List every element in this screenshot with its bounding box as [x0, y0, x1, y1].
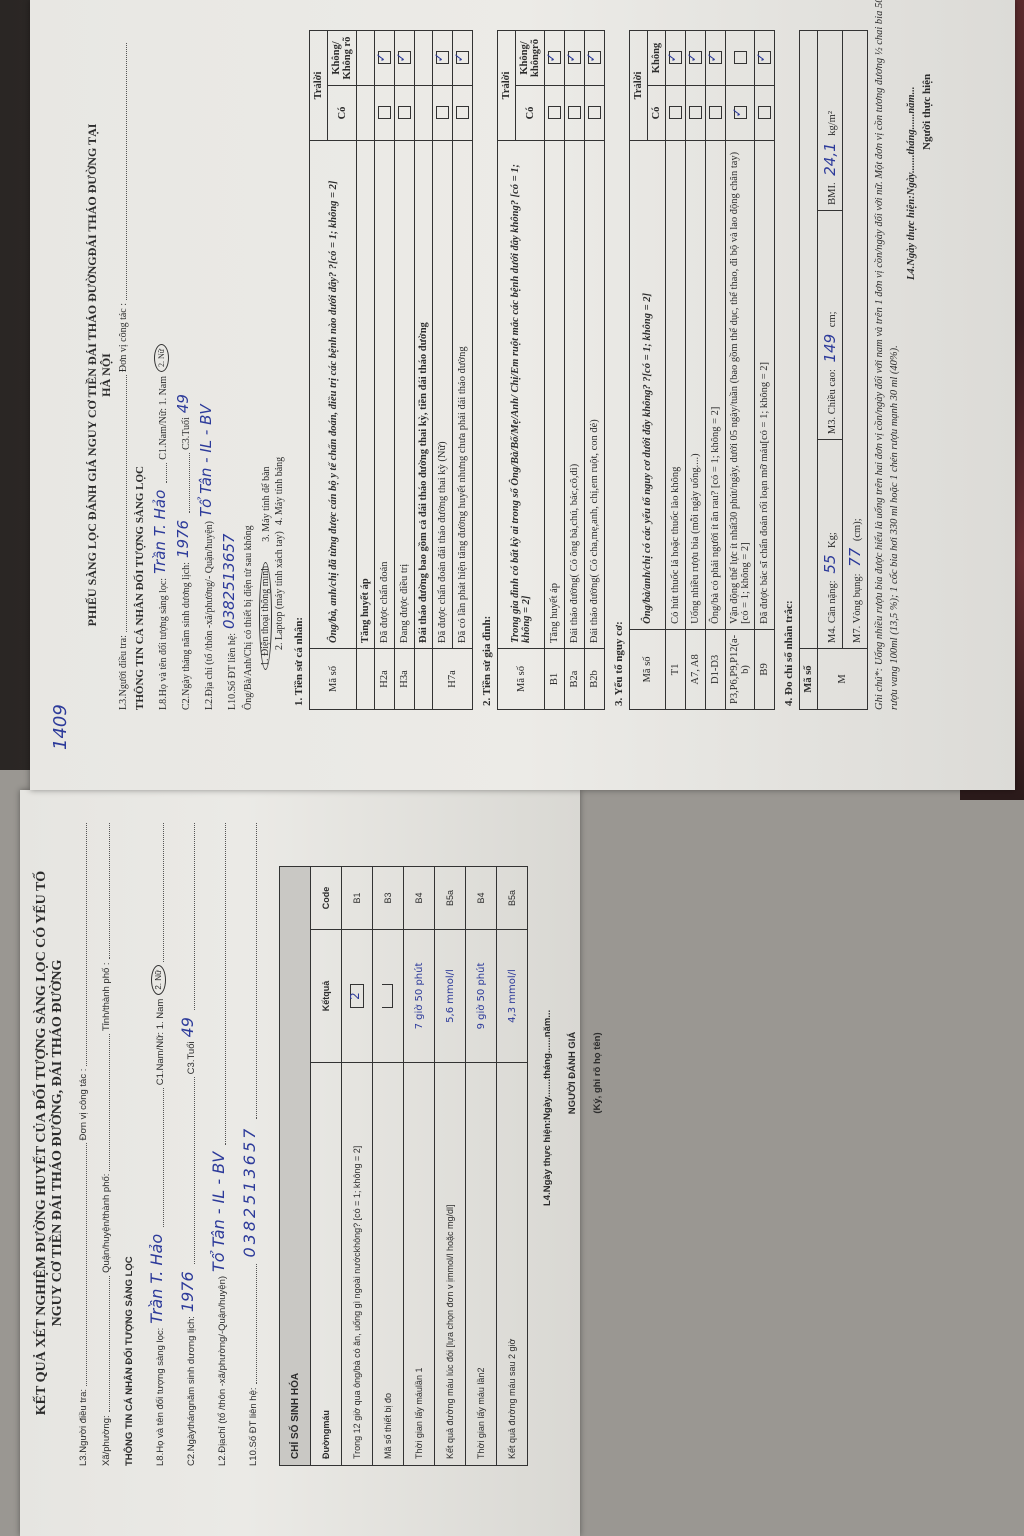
phone-label: L10.Số ĐT liên hệ:: [227, 633, 238, 710]
waist-value[interactable]: 77: [846, 548, 864, 567]
row-code: P3,P6,P9,P12(a-b): [726, 629, 755, 709]
col-code-header: Mã số: [310, 649, 357, 710]
table-row: Kết quả đường máu sau 2 giờ 4,3 mmol/l B…: [497, 867, 528, 1466]
bmi-unit: kg/m²: [827, 111, 838, 136]
yes-checkbox[interactable]: [456, 107, 469, 120]
no-checkbox[interactable]: [548, 52, 561, 65]
row-label: Vận động thể lực ít nhất30 phút/ngày, dư…: [726, 141, 755, 630]
no-checkbox[interactable]: [436, 52, 449, 65]
yes-checkbox[interactable]: [378, 107, 391, 120]
col-no-header: Không/ khôngrõ: [516, 31, 545, 86]
col-yes-header: Có: [328, 86, 357, 141]
row-code: H3a: [395, 649, 415, 710]
bmi-cell: BMI. 24,1 kg/m²: [818, 31, 843, 211]
row-code: A7, A8: [686, 629, 706, 709]
risk-factors-table: Mã số Ông/bà/anh/chị có các yếu tố nguy …: [629, 30, 775, 710]
l3-row: L3.Người điều tra: Đơn vị công tác :: [78, 820, 89, 1466]
l3-row: L3.Người điều tra: Đơn vị công tác :: [118, 40, 129, 710]
row-code: B3: [373, 867, 404, 930]
col-question-header: Ông/bà/anh/chị có các yếu tố nguy cơ dướ…: [630, 141, 666, 630]
title-line-1: KẾT QUẢ XÉT NGHIỆM ĐƯỜNG HUYẾT CỦA ĐỐI T…: [34, 820, 50, 1466]
row-item: Trong 12 giờ qua ông/bà có ăn, uống gì n…: [342, 1063, 373, 1466]
yes-checkbox[interactable]: [568, 107, 581, 120]
district-label: Quận/huyện/thành phố:: [101, 1174, 112, 1273]
ward-label: Xã/phường:: [101, 1415, 112, 1466]
l10-row: L10.Số ĐT liên hệ: 0382513657: [240, 820, 259, 1466]
waist-unit: (cm);: [852, 518, 863, 541]
row-code: B1: [545, 649, 565, 710]
diabetes-risk-screening-form: 1409 PHIẾU SÀNG LỌC ĐÁNH GIÁ NGUY CƠ TIỀ…: [30, 0, 1015, 790]
no-checkbox[interactable]: [669, 52, 682, 65]
unit-label: Đơn vị công tác :: [78, 1069, 89, 1141]
blood-glucose-result-form: KẾT QUẢ XÉT NGHIỆM ĐƯỜNG HUYẾT CỦA ĐỐI T…: [20, 790, 580, 1536]
row-code: B5a: [497, 867, 528, 930]
name-value[interactable]: Trần T. Hảo: [151, 490, 169, 574]
table-row: B2b Đái tháo đường( Có cha,mẹ,anh, chị,e…: [585, 31, 605, 710]
date-line: L4.Ngày thực hiện:Ngày.......tháng......…: [542, 820, 553, 1206]
l2-row: L2.Địachỉ (tổ /thôn -xã/phường/-Quận/huy…: [209, 820, 228, 1466]
col-code-header: Mã số: [800, 649, 818, 710]
province-label: Tỉnh/thành phố :: [101, 962, 112, 1031]
phone-value[interactable]: 0382513657: [220, 534, 238, 629]
dob-value[interactable]: 1976: [174, 520, 192, 558]
col-result-header: Kếtquả: [311, 930, 342, 1063]
table-row: H3a Đang được điều trị: [395, 31, 415, 710]
group-code: M: [818, 649, 868, 710]
table-section-heading: CHỈ SỐ SINH HÓA: [280, 867, 311, 1466]
row-label: Đã có lần phát hiện tăng đường huyết như…: [453, 141, 473, 649]
col-no-header: Không/ Không rõ: [328, 31, 357, 86]
device-option-laptop[interactable]: 2. Laptop (máy tính xách tay): [274, 531, 285, 650]
row-label: Đã được chẩn đoán: [375, 141, 395, 649]
anthropometric-table: Mã số M M4. Cân nặng: 55 Kg; M3. Chiều c…: [799, 30, 868, 710]
age-value[interactable]: 49: [174, 394, 192, 413]
col-code-header: Mã số: [630, 629, 666, 709]
result-box[interactable]: [382, 984, 393, 1008]
height-unit: cm;: [827, 311, 838, 327]
address-label: L2.Địachỉ (tổ /thôn -xã/phường/-Quận/huy…: [217, 1276, 228, 1466]
result-box[interactable]: 2: [350, 984, 364, 1008]
dob-value[interactable]: 1976: [178, 1271, 197, 1312]
ward-row: Xã/phường: Quận/huyện/thành phố: Tỉnh/th…: [101, 820, 112, 1466]
table-row: B9 Đã được bác sĩ chẩn đoán rối loạn mỡ …: [755, 31, 775, 710]
col-yes-header: Có: [648, 86, 666, 141]
no-checkbox[interactable]: [398, 52, 411, 65]
address-label: L2.Địa chỉ (tổ /thôn -xã/phường/- Quận/h…: [204, 521, 215, 710]
title-line-2: NGUY CƠ TIỀN ĐÁI THÁO ĐƯỜNG, ĐÁI THÁO ĐƯ…: [50, 820, 66, 1466]
col-code-header: Mã số: [498, 649, 545, 710]
table-row: Thời gian lấy máulần 1 7 giờ 50 phút B4: [404, 867, 435, 1466]
l3-label: L3.Người điều tra:: [118, 635, 129, 710]
gender-label: C1.Nam/Nữ: 1. Nam: [155, 999, 166, 1086]
device-option-tablet[interactable]: 4. Máy tính bảng: [274, 457, 285, 525]
row-item: Kết quả đường máu lúc đói [lựa chọn đơn …: [435, 1063, 466, 1466]
row-code: B9: [755, 629, 775, 709]
row-result[interactable]: 5,6 mmol/l: [435, 930, 466, 1063]
row-label: Đái tháo đường( Có ông bà,chú, bác,cô,dì…: [565, 141, 585, 649]
c2-row: C2.Ngày tháng năm sinh dương lịch: 1976 …: [174, 40, 192, 710]
section-4-title: 4. Đo chỉ số nhân trắc:: [783, 40, 795, 706]
name-label: L8.Họ và tên đối tượng sàng lọc:: [158, 578, 169, 710]
form1-title: KẾT QUẢ XÉT NGHIỆM ĐƯỜNG HUYẾT CỦA ĐỐI T…: [34, 820, 66, 1466]
l3-label: L3.Người điều tra:: [78, 1389, 89, 1466]
row-result[interactable]: 9 giờ 50 phút: [466, 930, 497, 1063]
no-checkbox[interactable]: [568, 52, 581, 65]
yes-checkbox[interactable]: [734, 107, 747, 120]
weight-cell: M4. Cân nặng: 55 Kg;: [818, 440, 843, 649]
row-label: Ông/bà có phải người ít ăn rau? [có = 1;…: [706, 141, 726, 630]
no-checkbox[interactable]: [689, 52, 702, 65]
age-label: C3.Tuổi: [181, 417, 192, 450]
weight-label: M4. Cân nặng:: [827, 580, 838, 643]
yes-checkbox[interactable]: [548, 107, 561, 120]
col-question-header: Ông/bà, anh/chị đã từng được cán bộ y tế…: [310, 141, 357, 649]
col-answer-header: Trảlời: [630, 31, 648, 141]
table-row: Trong 12 giờ qua ông/bà có ăn, uống gì n…: [342, 867, 373, 1466]
signer-title: Người thực hiện: [921, 40, 933, 150]
table-row: Kết quả đường máu lúc đói [lựa chọn đơn …: [435, 867, 466, 1466]
l10-row: L10.Số ĐT liên hệ: 0382513657: [220, 40, 238, 710]
signer-note: (Ký, ghi rõ họ tên): [592, 820, 603, 1326]
yes-checkbox[interactable]: [398, 107, 411, 120]
row-label: Có hút thuốc lá hoặc thuốc lào không: [666, 141, 686, 630]
row-code: H7a: [433, 649, 473, 710]
section-personal-heading: THÔNG TIN CÁ NHÂN ĐỐI TƯỢNG SÀNG LỌC: [124, 820, 135, 1466]
device-options-row-1: 1. Điện thoại thông minh 3. Máy tính để …: [259, 40, 272, 670]
table-row: A7, A8 Uống nhiều rượu bia (mỗi ngày uốn…: [686, 31, 706, 710]
row-code: B5a: [435, 867, 466, 930]
name-label: L8.Họ và tên đối tượng sàng lọc:: [155, 1328, 166, 1466]
no-checkbox[interactable]: [734, 52, 747, 65]
personal-history-table: Mã số Ông/bà, anh/chị đã từng được cán b…: [309, 30, 473, 710]
height-value[interactable]: 149: [821, 334, 839, 363]
table-row: Thời gian lấy máu lần2 9 giờ 50 phút B4: [466, 867, 497, 1466]
gender-selected[interactable]: 2. Nữ: [151, 965, 166, 995]
col-no-header: Không: [648, 31, 666, 86]
row-result[interactable]: 7 giờ 50 phút: [404, 930, 435, 1063]
row-code: B2a: [565, 649, 585, 710]
age-value[interactable]: 49: [178, 1017, 197, 1037]
handwritten-number: 1409: [50, 704, 71, 750]
yes-checkbox[interactable]: [669, 107, 682, 120]
row-code: B4: [404, 867, 435, 930]
device-options-row-2: 2. Laptop (máy tính xách tay) 4. Máy tín…: [274, 40, 285, 650]
device-option-desktop[interactable]: 3. Máy tính để bàn: [261, 466, 272, 541]
section-2-title: 2. Tiền sử gia đình:: [481, 40, 493, 706]
device-option-smartphone[interactable]: 1. Điện thoại thông minh: [259, 562, 272, 670]
col-question-header: Trong gia đình có bất kỳ ai trong số Ông…: [498, 141, 545, 649]
section-3-title: 3. Yếu tố nguy cơ:: [613, 40, 625, 706]
family-history-table: Mã số Trong gia đình có bất kỳ ai trong …: [497, 30, 605, 710]
no-checkbox[interactable]: [709, 52, 722, 65]
row-item: Mã số thiết bị đo: [373, 1063, 404, 1466]
bmi-label: BMI.: [827, 182, 838, 204]
row-code: H2a: [375, 649, 395, 710]
row-item: Thời gian lấy máulần 1: [404, 1063, 435, 1466]
phone-label: L10.Số ĐT liên hệ:: [248, 1387, 259, 1466]
weight-unit: Kg;: [827, 532, 838, 548]
gender-label: C1.Nam/Nữ: 1. Nam: [158, 376, 169, 460]
section-1-title: 1. Tiền sử cá nhân:: [293, 40, 305, 706]
age-label: C3.Tuổi: [186, 1041, 197, 1074]
yes-checkbox[interactable]: [436, 107, 449, 120]
address-value[interactable]: Tổ Tân - IL - BV: [209, 1152, 228, 1272]
row-label: Đã được bác sĩ chẩn đoán rối loạn mỡ máu…: [755, 141, 775, 630]
alcohol-note: Ghi chú*: Uống nhiều rượu bia được hiểu …: [872, 0, 902, 710]
height-label: M3. Chiều cao:: [827, 369, 838, 434]
title-line-1: PHIẾU SÀNG LỌC ĐÁNH GIÁ NGUY CƠ TIỀN ĐÁI…: [85, 40, 99, 710]
section-personal-heading: THÔNG TIN CÁ NHÂN ĐỐI TƯỢNG SÀNG LỌC: [134, 40, 146, 710]
table-row: H2a Đã được chẩn đoán: [375, 31, 395, 710]
device-question: Ông/Bà/Anh/Chị có thiết bị điện tử sau k…: [243, 40, 254, 710]
waist-label: M7. Vòng bụng:: [852, 573, 863, 643]
title-line-2: HÀ NỘI: [99, 40, 113, 710]
table-row: B2a Đái tháo đường( Có ông bà,chú, bác,c…: [565, 31, 585, 710]
l2-row: L2.Địa chỉ (tổ /thôn -xã/phường/- Quận/h…: [197, 40, 215, 710]
height-cell: M3. Chiều cao: 149 cm;: [818, 210, 843, 439]
row-result[interactable]: 4,3 mmol/l: [497, 930, 528, 1063]
row-label: Tăng huyết áp: [545, 141, 565, 649]
col-item-header: Đườngmáu: [311, 1063, 342, 1466]
table-row: Đã có lần phát hiện tăng đường huyết như…: [453, 31, 473, 710]
row-code: T1: [666, 629, 686, 709]
table-row: Mã số thiết bị đo B3: [373, 867, 404, 1466]
weight-value[interactable]: 55: [821, 555, 839, 574]
waist-cell: M7. Vòng bụng: 77 (cm);: [843, 31, 868, 649]
row-label: Đã được chẩn đoán đái tháo đường thai kỳ…: [433, 141, 453, 649]
yes-checkbox[interactable]: [758, 107, 771, 120]
table-row: P3,P6,P9,P12(a-b) Vận động thể lực ít nh…: [726, 31, 755, 710]
signer-title: NGƯỜI ĐÁNH GIÁ: [567, 820, 578, 1326]
row-item: Kết quả đường máu sau 2 giờ: [497, 1063, 528, 1466]
row-label: Uống nhiều rượu bia (mỗi ngày uống....): [686, 141, 706, 630]
form2-title: PHIẾU SÀNG LỌC ĐÁNH GIÁ NGUY CƠ TIỀN ĐÁI…: [85, 40, 113, 710]
yes-checkbox[interactable]: [689, 107, 702, 120]
gender-selected[interactable]: 2. Nữ: [154, 344, 169, 372]
col-answer-header: Trảlời: [310, 31, 328, 141]
l8-row: L8.Họ và tên đối tượng sàng lọc: Trần T.…: [151, 40, 169, 710]
no-checkbox[interactable]: [456, 52, 469, 65]
no-checkbox[interactable]: [378, 52, 391, 65]
col-answer-header: Trảlời: [498, 31, 516, 141]
yes-checkbox[interactable]: [588, 107, 601, 120]
phone-value[interactable]: 0382513657: [240, 1126, 259, 1258]
date-line: L4.Ngày thực hiện:Ngày.......tháng......…: [906, 40, 917, 280]
table-row: D1-D3 Ông/bà có phải người ít ăn rau? [c…: [706, 31, 726, 710]
table-row: T1 Có hút thuốc lá hoặc thuốc lào không: [666, 31, 686, 710]
row-item: Thời gian lấy máu lần2: [466, 1063, 497, 1466]
table-row: H7a Đã được chẩn đoán đái tháo đường tha…: [433, 31, 453, 710]
group-heading: Tăng huyết áp: [357, 141, 375, 649]
table-row: B1 Tăng huyết áp: [545, 31, 565, 710]
row-result[interactable]: 2: [342, 930, 373, 1063]
row-code: B4: [466, 867, 497, 930]
no-checkbox[interactable]: [758, 52, 771, 65]
name-value[interactable]: Trần T. Hảo: [147, 1234, 166, 1324]
row-label: Đang được điều trị: [395, 141, 415, 649]
row-result[interactable]: [373, 930, 404, 1063]
row-code: B1: [342, 867, 373, 930]
address-value[interactable]: Tổ Tân - IL - BV: [197, 404, 215, 517]
dob-label: C2.Ngày tháng năm sinh dương lịch:: [181, 562, 192, 710]
biochemistry-table: CHỈ SỐ SINH HÓA Đườngmáu Kếtquả Code Tro…: [279, 866, 528, 1466]
bmi-value[interactable]: 24,1: [821, 142, 839, 175]
col-code-header: Code: [311, 867, 342, 930]
unit-label: Đơn vị công tác :: [118, 303, 129, 372]
row-label: Đái tháo đường( Có cha,mẹ,anh, chị,em ru…: [585, 141, 605, 649]
row-code: B2b: [585, 649, 605, 710]
l8-row: L8.Họ và tên đối tượng sàng lọc: Trần T.…: [147, 820, 166, 1466]
row-code: D1-D3: [706, 629, 726, 709]
no-checkbox[interactable]: [588, 52, 601, 65]
c2-row: C2.Ngàythángnăm sinh dương lịch: 1976 C3…: [178, 820, 197, 1466]
group-heading: Đái tháo đường bao gồm cả đái tháo đường…: [415, 141, 433, 649]
dob-label: C2.Ngàythángnăm sinh dương lịch:: [186, 1316, 197, 1466]
yes-checkbox[interactable]: [709, 107, 722, 120]
col-yes-header: Có: [516, 86, 545, 141]
